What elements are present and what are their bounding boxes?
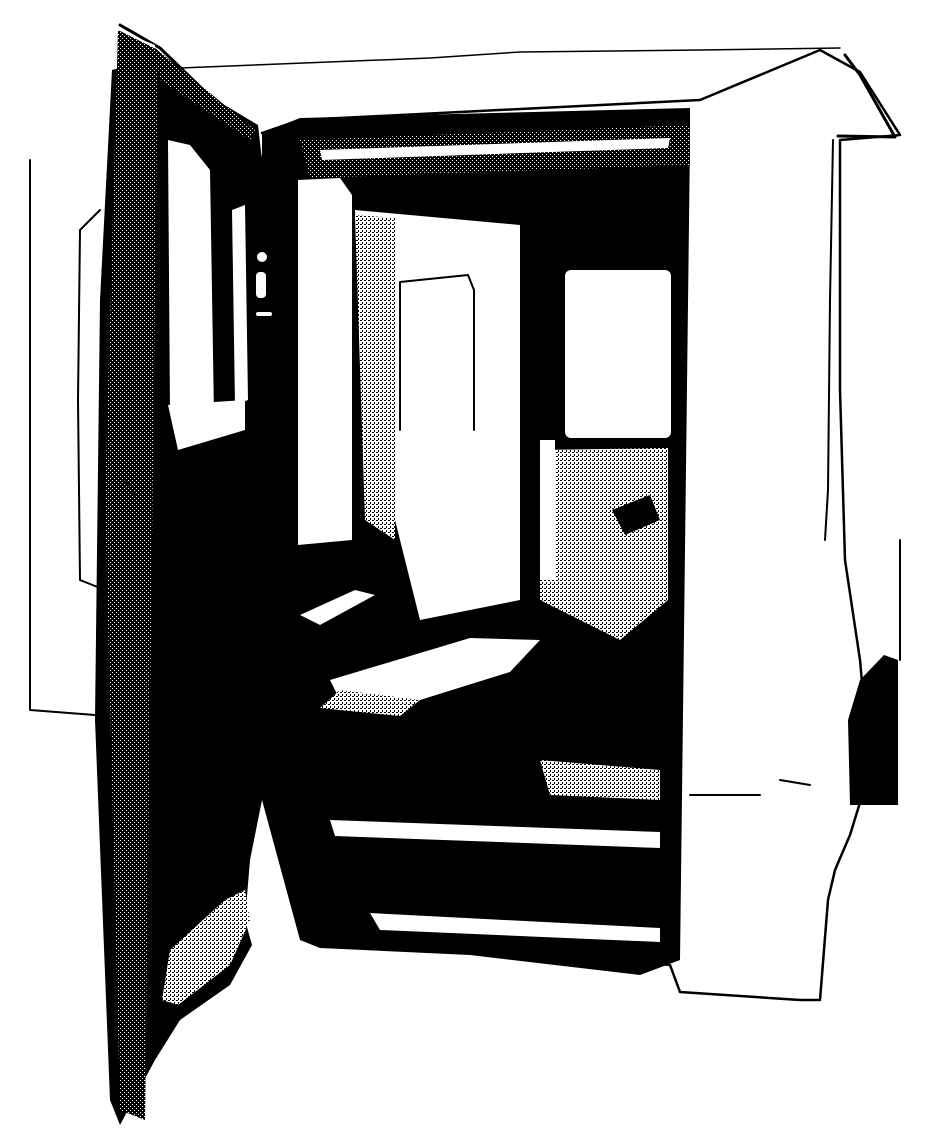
door-window [168, 140, 214, 420]
door-opening [262, 108, 690, 975]
open-door [95, 25, 272, 1130]
roof-fairing [838, 55, 895, 137]
wheel-well [848, 655, 898, 805]
interior-panel [298, 178, 352, 545]
rear-window [565, 270, 671, 438]
truck-cab-photo [0, 0, 944, 1134]
